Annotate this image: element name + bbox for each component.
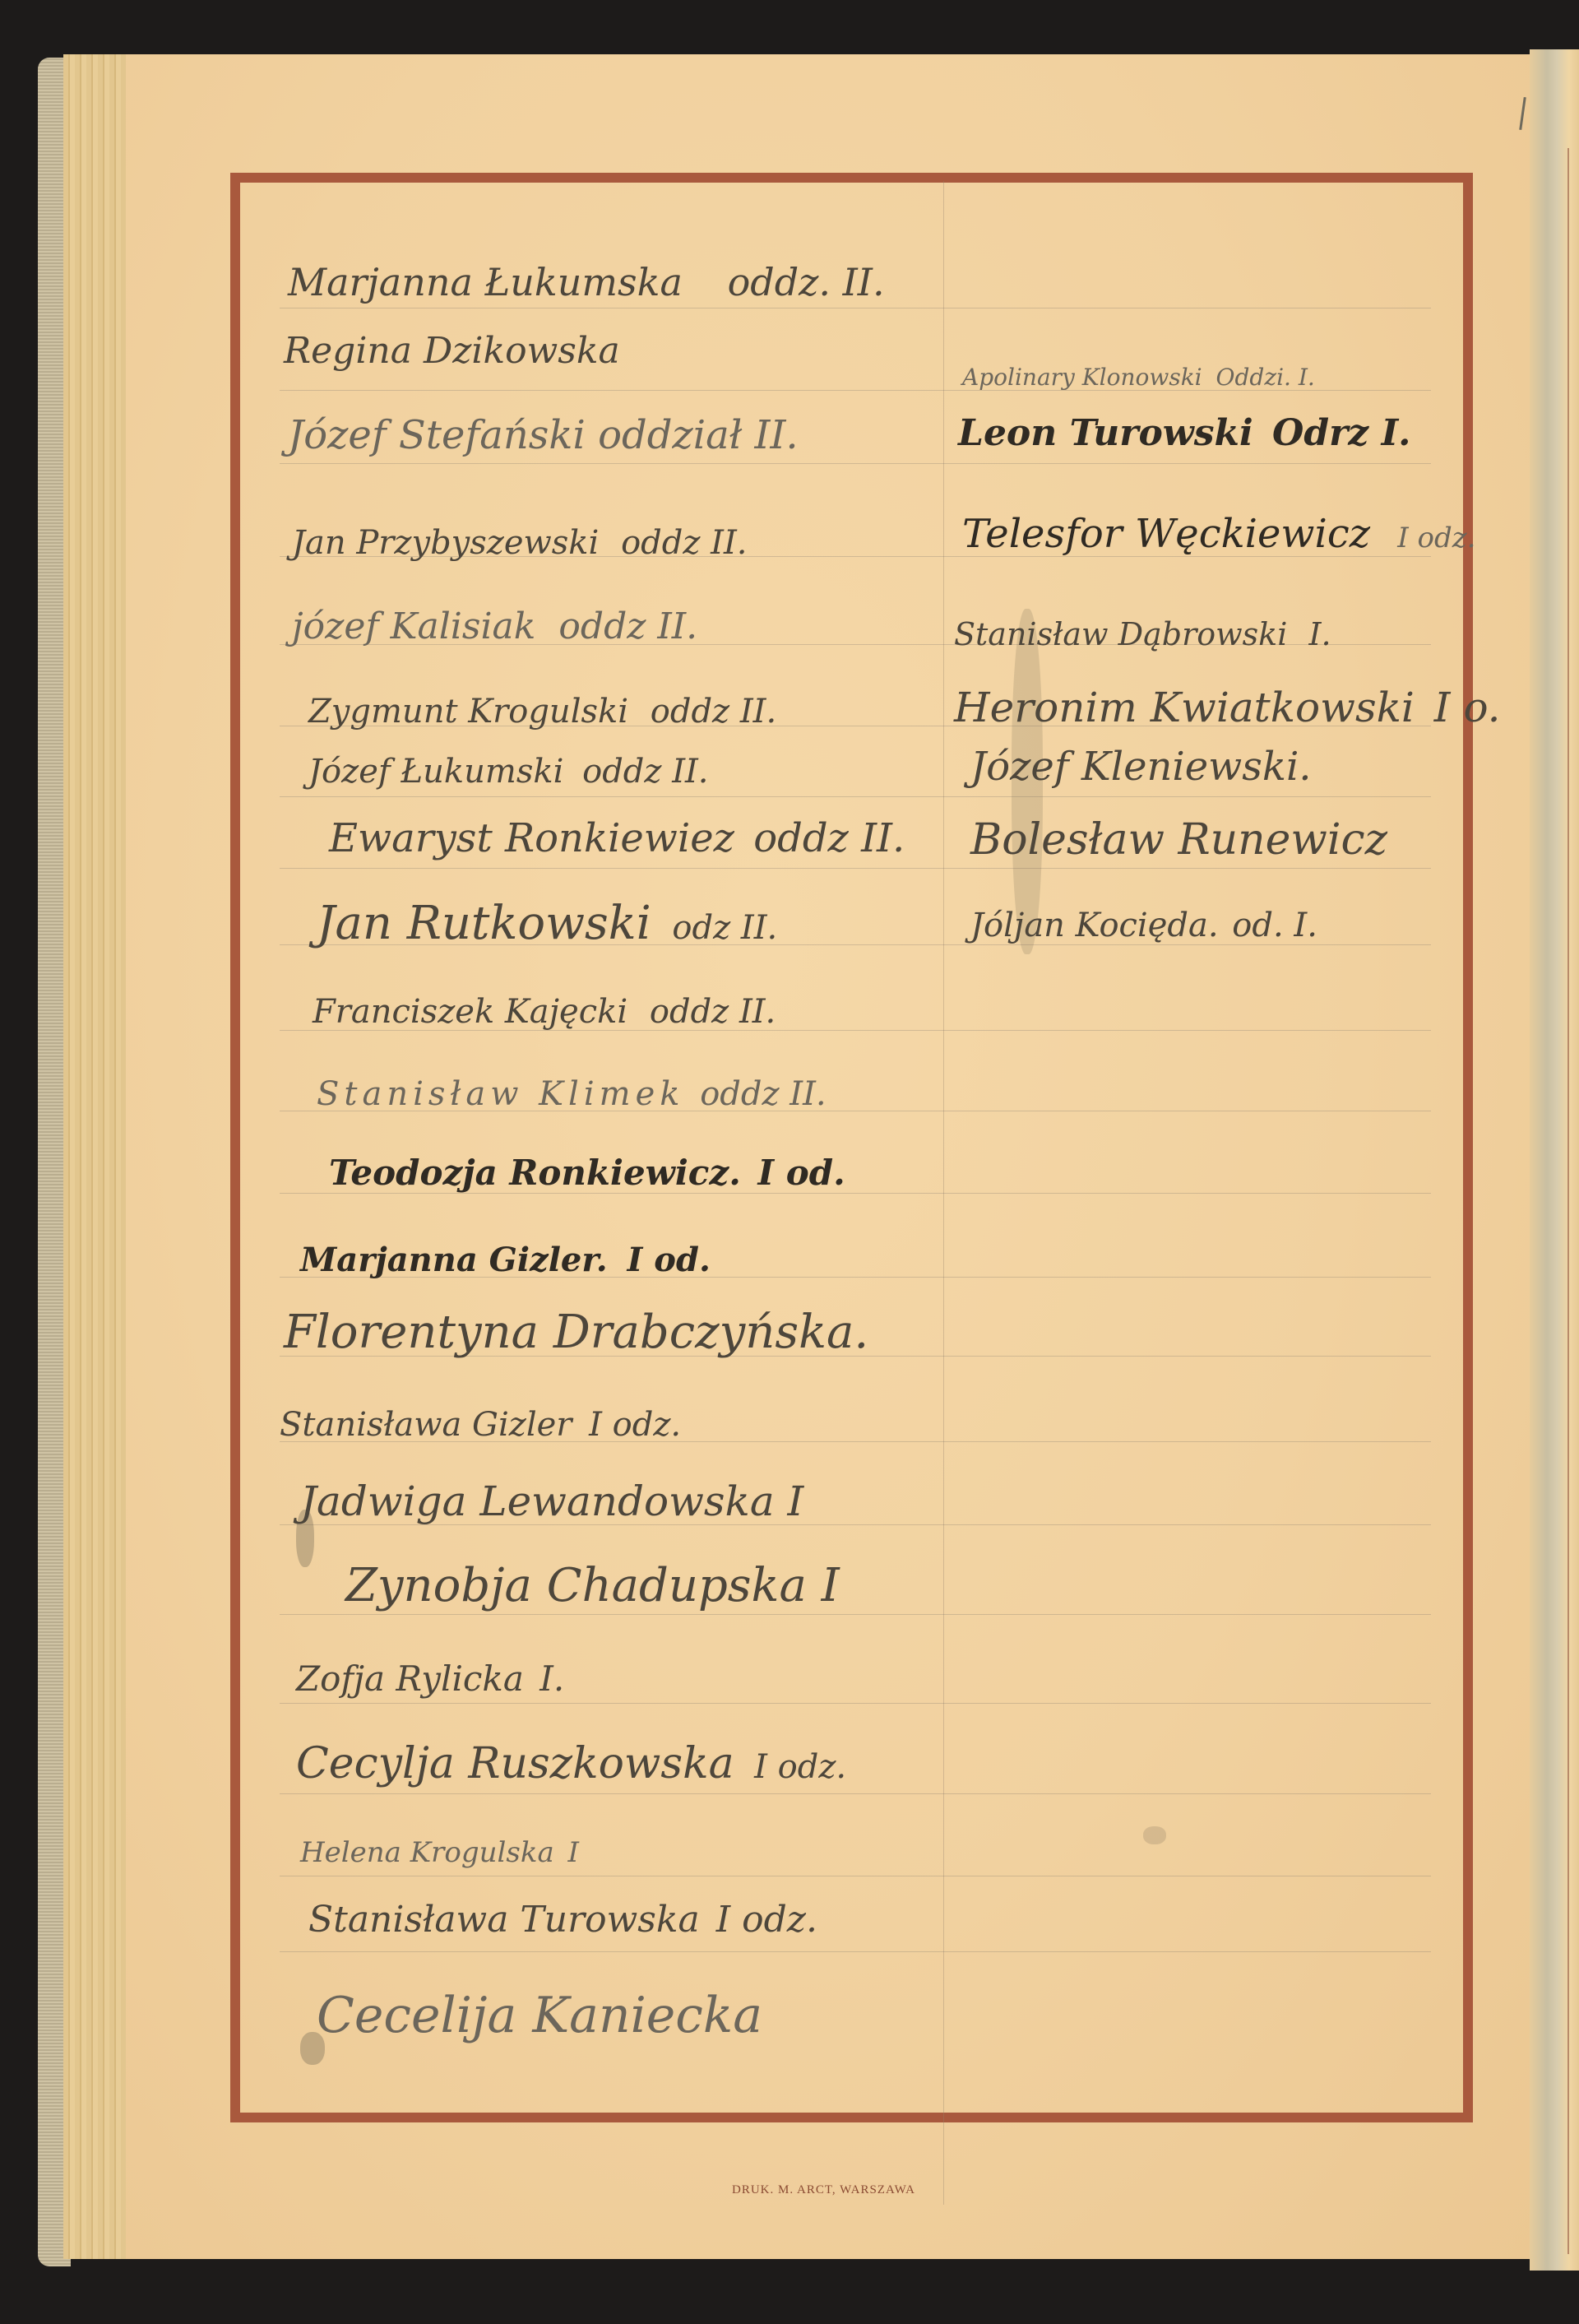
- entry-name: Helena Krogulska: [300, 1836, 554, 1869]
- entry-name: Zofja Rylicka: [296, 1658, 524, 1699]
- entry-name: Ewaryst Ronkiewiez: [329, 815, 734, 861]
- entry-note: I odz.: [716, 1899, 817, 1941]
- register-entry: Stanisława Gizler I odz.: [280, 1408, 681, 1441]
- ruled-line: [280, 1876, 1431, 1876]
- entry-note: I od.: [757, 1153, 845, 1193]
- register-entry: Telesfor Węckiewicz I odz.: [962, 514, 1476, 554]
- entry-note: oddz II.: [650, 993, 776, 1031]
- register-entry: Jóljan Kocięda. od. I.: [970, 909, 1317, 942]
- entry-name: józef Kalisiak: [292, 605, 535, 647]
- register-entry: Jan Przybyszewski oddz II.: [292, 526, 747, 559]
- printed-border-frame: [230, 173, 1473, 2122]
- register-entry: Marjanna Gizler. I od.: [300, 1244, 711, 1277]
- entry-note: Odrz I.: [1272, 412, 1410, 454]
- entry-note: odz II.: [672, 909, 777, 947]
- entry-name: Józef Stefański: [288, 412, 586, 458]
- entry-note: I: [788, 1477, 804, 1525]
- book-gutter: [1530, 49, 1579, 2271]
- entry-note: I.: [539, 1658, 564, 1699]
- entry-name: Cecylja Ruszkowska: [296, 1739, 734, 1788]
- entry-name: Stanisława Gizler: [280, 1406, 572, 1444]
- entry-name: Jadwiga Lewandowska: [300, 1477, 775, 1525]
- register-entry: Cecylja Ruszkowska I odz.: [296, 1742, 846, 1785]
- register-entry: Leon Turowski Odrz I.: [958, 415, 1410, 452]
- register-entry: Regina Dzikowska: [284, 333, 620, 369]
- entry-note: I: [822, 1559, 840, 1612]
- entry-note: oddział II.: [598, 412, 799, 458]
- entry-note: I odz.: [754, 1748, 846, 1786]
- register-entry: Stanisław Klimek oddz II.: [317, 1078, 827, 1111]
- entry-note: oddz II.: [558, 605, 697, 647]
- entry-name: Telesfor Węckiewicz: [962, 511, 1370, 557]
- entry-name: Florentyna Drabczyńska.: [284, 1306, 868, 1359]
- ruled-line: [280, 463, 1431, 464]
- entry-name: Apolinary Klonowski: [962, 364, 1202, 391]
- register-entry: Zynobja Chadupska I: [345, 1563, 840, 1609]
- entry-name: Józef Łukumski: [308, 753, 563, 791]
- register-entry: Józef Kleniewski.: [970, 747, 1312, 786]
- entry-note: I od.: [627, 1241, 711, 1279]
- entry-name: Teodozja Ronkiewicz.: [329, 1153, 741, 1193]
- entry-note: I odz.: [589, 1406, 681, 1444]
- entry-note: oddz II.: [700, 1075, 826, 1113]
- entry-name: Jan Przybyszewski: [292, 524, 599, 562]
- entry-name: Jóljan Kocięda.: [970, 907, 1219, 944]
- entry-name: Jan Rutkowski: [317, 897, 651, 950]
- entry-name: Zygmunt Krogulski: [308, 693, 628, 731]
- register-entry: Józef Łukumski oddz II.: [308, 755, 709, 788]
- register-entry: Zofja Rylicka I.: [296, 1662, 564, 1696]
- register-entry: Teodozja Ronkiewicz. I od.: [329, 1156, 845, 1190]
- entry-name: Leon Turowski: [958, 412, 1253, 454]
- entry-name: Zynobja Chadupska: [345, 1559, 807, 1612]
- register-entry: Marjanna Łukumska oddz. II.: [288, 263, 885, 301]
- entry-name: Bolesław Runewicz: [970, 815, 1387, 865]
- page-block-edges: [63, 54, 129, 2259]
- entry-name: Regina Dzikowska: [284, 330, 620, 372]
- entry-note: oddz II.: [621, 524, 747, 562]
- register-entry: Zygmunt Krogulski oddz II.: [308, 695, 776, 728]
- ruled-line: [280, 796, 1431, 797]
- entry-note: oddz. II.: [728, 260, 885, 304]
- register-entry: Jadwiga Lewandowska I: [300, 1481, 803, 1522]
- register-entry: Stanisława Turowska I odz.: [308, 1902, 817, 1938]
- entry-note: I odz.: [1397, 522, 1475, 554]
- register-entry: Stanisław Dąbrowski I.: [954, 619, 1331, 650]
- ink-blot: [1143, 1826, 1166, 1844]
- ruled-line: [280, 308, 1431, 308]
- register-entry: józef Kalisiak oddz II.: [292, 609, 697, 645]
- ruled-line: [280, 1614, 1431, 1615]
- entry-note: Oddzi. I.: [1216, 364, 1315, 391]
- entry-name: Stanisława Turowska: [308, 1899, 700, 1941]
- register-entry: Ewaryst Ronkiewiez oddz II.: [329, 819, 905, 858]
- register-entry: Bolesław Runewicz: [970, 819, 1387, 861]
- register-entry: Jan Rutkowski odz II.: [317, 901, 777, 947]
- entry-note: I: [568, 1836, 579, 1869]
- entry-note: I o.: [1434, 684, 1501, 731]
- entry-note: oddz II.: [753, 815, 905, 861]
- entry-note: oddz II.: [582, 753, 708, 791]
- entry-name: Cecelija Kaniecka: [317, 1987, 762, 2044]
- facing-page-frame-edge: [1567, 148, 1569, 2254]
- entry-name: Marjanna Gizler.: [300, 1241, 608, 1279]
- register-entry: Józef Stefański oddział II.: [288, 415, 799, 455]
- ruled-line: [280, 1793, 1431, 1794]
- entry-note: oddz II.: [651, 693, 776, 731]
- register-entry: Apolinary Klonowski Oddzi. I.: [962, 366, 1315, 389]
- register-entry: Florentyna Drabczyńska.: [284, 1310, 868, 1356]
- entry-name: Heronim Kwiatkowski: [954, 684, 1415, 731]
- ruled-line: [280, 1951, 1431, 1952]
- ruled-line: [280, 868, 1431, 869]
- register-entry: Franciszek Kajęcki oddz II.: [313, 995, 776, 1028]
- entry-name: Józef Kleniewski.: [970, 744, 1312, 790]
- ruled-line: [280, 1703, 1431, 1704]
- printer-imprint: DRUK. M. ARCT, WARSZAWA: [732, 2183, 915, 2197]
- register-entry: Heronim Kwiatkowski I o.: [954, 687, 1501, 728]
- entry-name: Franciszek Kajęcki: [313, 993, 627, 1031]
- entry-note: I.: [1308, 616, 1331, 652]
- register-entry: Helena Krogulska I: [300, 1839, 579, 1867]
- ruled-line: [280, 1193, 1431, 1194]
- entry-name: Marjanna Łukumska: [288, 260, 683, 304]
- entry-name: Stanisław Dąbrowski: [954, 616, 1287, 652]
- entry-note: od. I.: [1232, 907, 1317, 944]
- register-entry: Cecelija Kaniecka: [317, 1991, 762, 2040]
- entry-name: Stanisław Klimek: [317, 1075, 684, 1113]
